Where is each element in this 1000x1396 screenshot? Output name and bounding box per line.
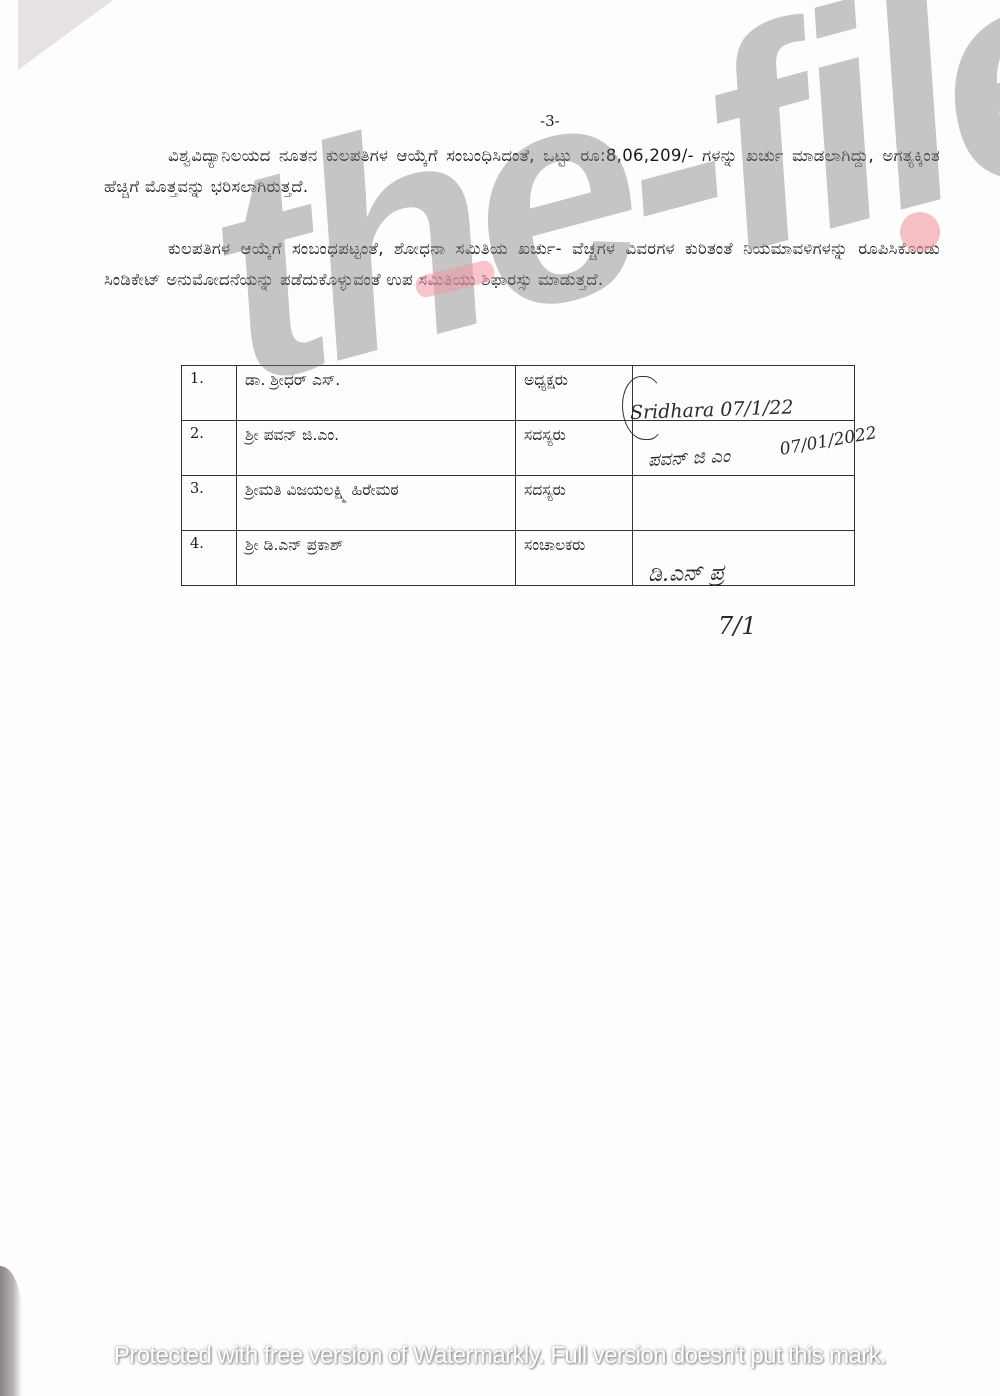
member-name: ಡಾ. ಶ್ರೀಧರ್ ಎಸ್. — [237, 366, 516, 421]
signature-member-4: ಡಿ.ಎನ್ ಪ್ರ — [648, 561, 725, 587]
member-number: 3. — [182, 476, 237, 531]
table-row: 4. ಶ್ರೀ ಡಿ.ಎನ್ ಪ್ರಕಾಶ್ ಸಂಚಾಲಕರು — [182, 531, 855, 586]
member-role: ಸದಸ್ಯರು — [516, 476, 633, 531]
member-signature-cell — [633, 476, 855, 531]
member-name: ಶ್ರೀಮತಿ ವಿಜಯಲಕ್ಷ್ಮಿ ಹಿರೇಮಠ — [237, 476, 516, 531]
page-corner-shadow — [18, 0, 113, 70]
member-number: 1. — [182, 366, 237, 421]
signature-member-2: ಪವನ್ ಜಿ ಎಂ — [647, 446, 730, 471]
page-number: -3- — [540, 112, 560, 130]
member-name: ಶ್ರೀ ಪವನ್ ಜಿ.ಎಂ. — [237, 421, 516, 476]
watermark-dot-accent — [900, 212, 940, 252]
member-number: 2. — [182, 421, 237, 476]
member-role: ಸಂಚಾಲಕರು — [516, 531, 633, 586]
paragraph-expenditure: ವಿಶ್ವವಿದ್ಯಾನಿಲಯದ ನೂತನ ಕುಲಪತಿಗಳ ಆಯ್ಕೆಗೆ ಸ… — [104, 140, 940, 202]
member-role: ಸದಸ್ಯರು — [516, 421, 633, 476]
table-row: 3. ಶ್ರೀಮತಿ ವಿಜಯಲಕ್ಷ್ಮಿ ಹಿರೇಮಠ ಸದಸ್ಯರು — [182, 476, 855, 531]
page-edge-shadow — [0, 1266, 22, 1396]
table-row: 2. ಶ್ರೀ ಪವನ್ ಜಿ.ಎಂ. ಸದಸ್ಯರು — [182, 421, 855, 476]
member-number: 4. — [182, 531, 237, 586]
watermarkly-footer-text: Protected with free version of Watermark… — [0, 1342, 1000, 1370]
paragraph-recommendation: ಕುಲಪತಿಗಳ ಆಯ್ಕೆಗೆ ಸಂಬಂಧಪಟ್ಟಂತೆ, ಶೋಧನಾ ಸಮಿ… — [104, 233, 940, 295]
member-name: ಶ್ರೀ ಡಿ.ಎನ್ ಪ್ರಕಾಶ್ — [237, 531, 516, 586]
member-role: ಅಧ್ಯಕ್ಷರು — [516, 366, 633, 421]
signature-member-4-date: 7/1 — [718, 612, 757, 640]
